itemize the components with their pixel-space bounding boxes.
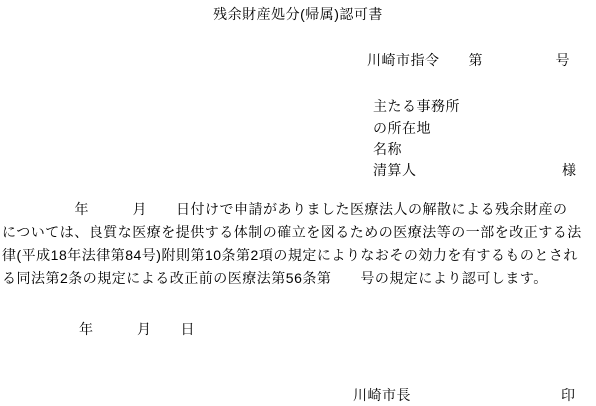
issue-date-line: 年 月 日 (79, 319, 195, 339)
document-title: 残余財産処分(帰属)認可書 (0, 4, 596, 24)
recipient-office-label-line1: 主たる事務所 (373, 96, 460, 116)
issuer-name: 川崎市長 (353, 385, 411, 405)
seal-mark: 印 (561, 385, 576, 405)
body-paragraph-line: る同法第2条の規定による改正前の医療法第56条第 号の規定により認可します。 (2, 268, 548, 288)
recipient-office-label-line2: の所在地 (373, 118, 431, 138)
directive-number-line: 川崎市指令 第 号 (367, 50, 570, 70)
body-paragraph-line: 律(平成18年法律第84号)附則第10条第2項の規定によりなおその効力を有するも… (2, 245, 578, 265)
recipient-honorific: 様 (562, 160, 577, 180)
recipient-name-label: 名称 (373, 139, 402, 159)
document-page: 残余財産処分(帰属)認可書 川崎市指令 第 号 主たる事務所 の所在地 名称 清… (0, 0, 596, 406)
body-paragraph-line: 年 月 日付けで申請がありました医療法人の解散による残余財産の (2, 199, 568, 219)
body-paragraph-line: については、良質な医療を提供する体制の確立を図るための医療法等の一部を改正する法 (2, 222, 582, 242)
recipient-liquidator-label: 清算人 (373, 160, 417, 180)
